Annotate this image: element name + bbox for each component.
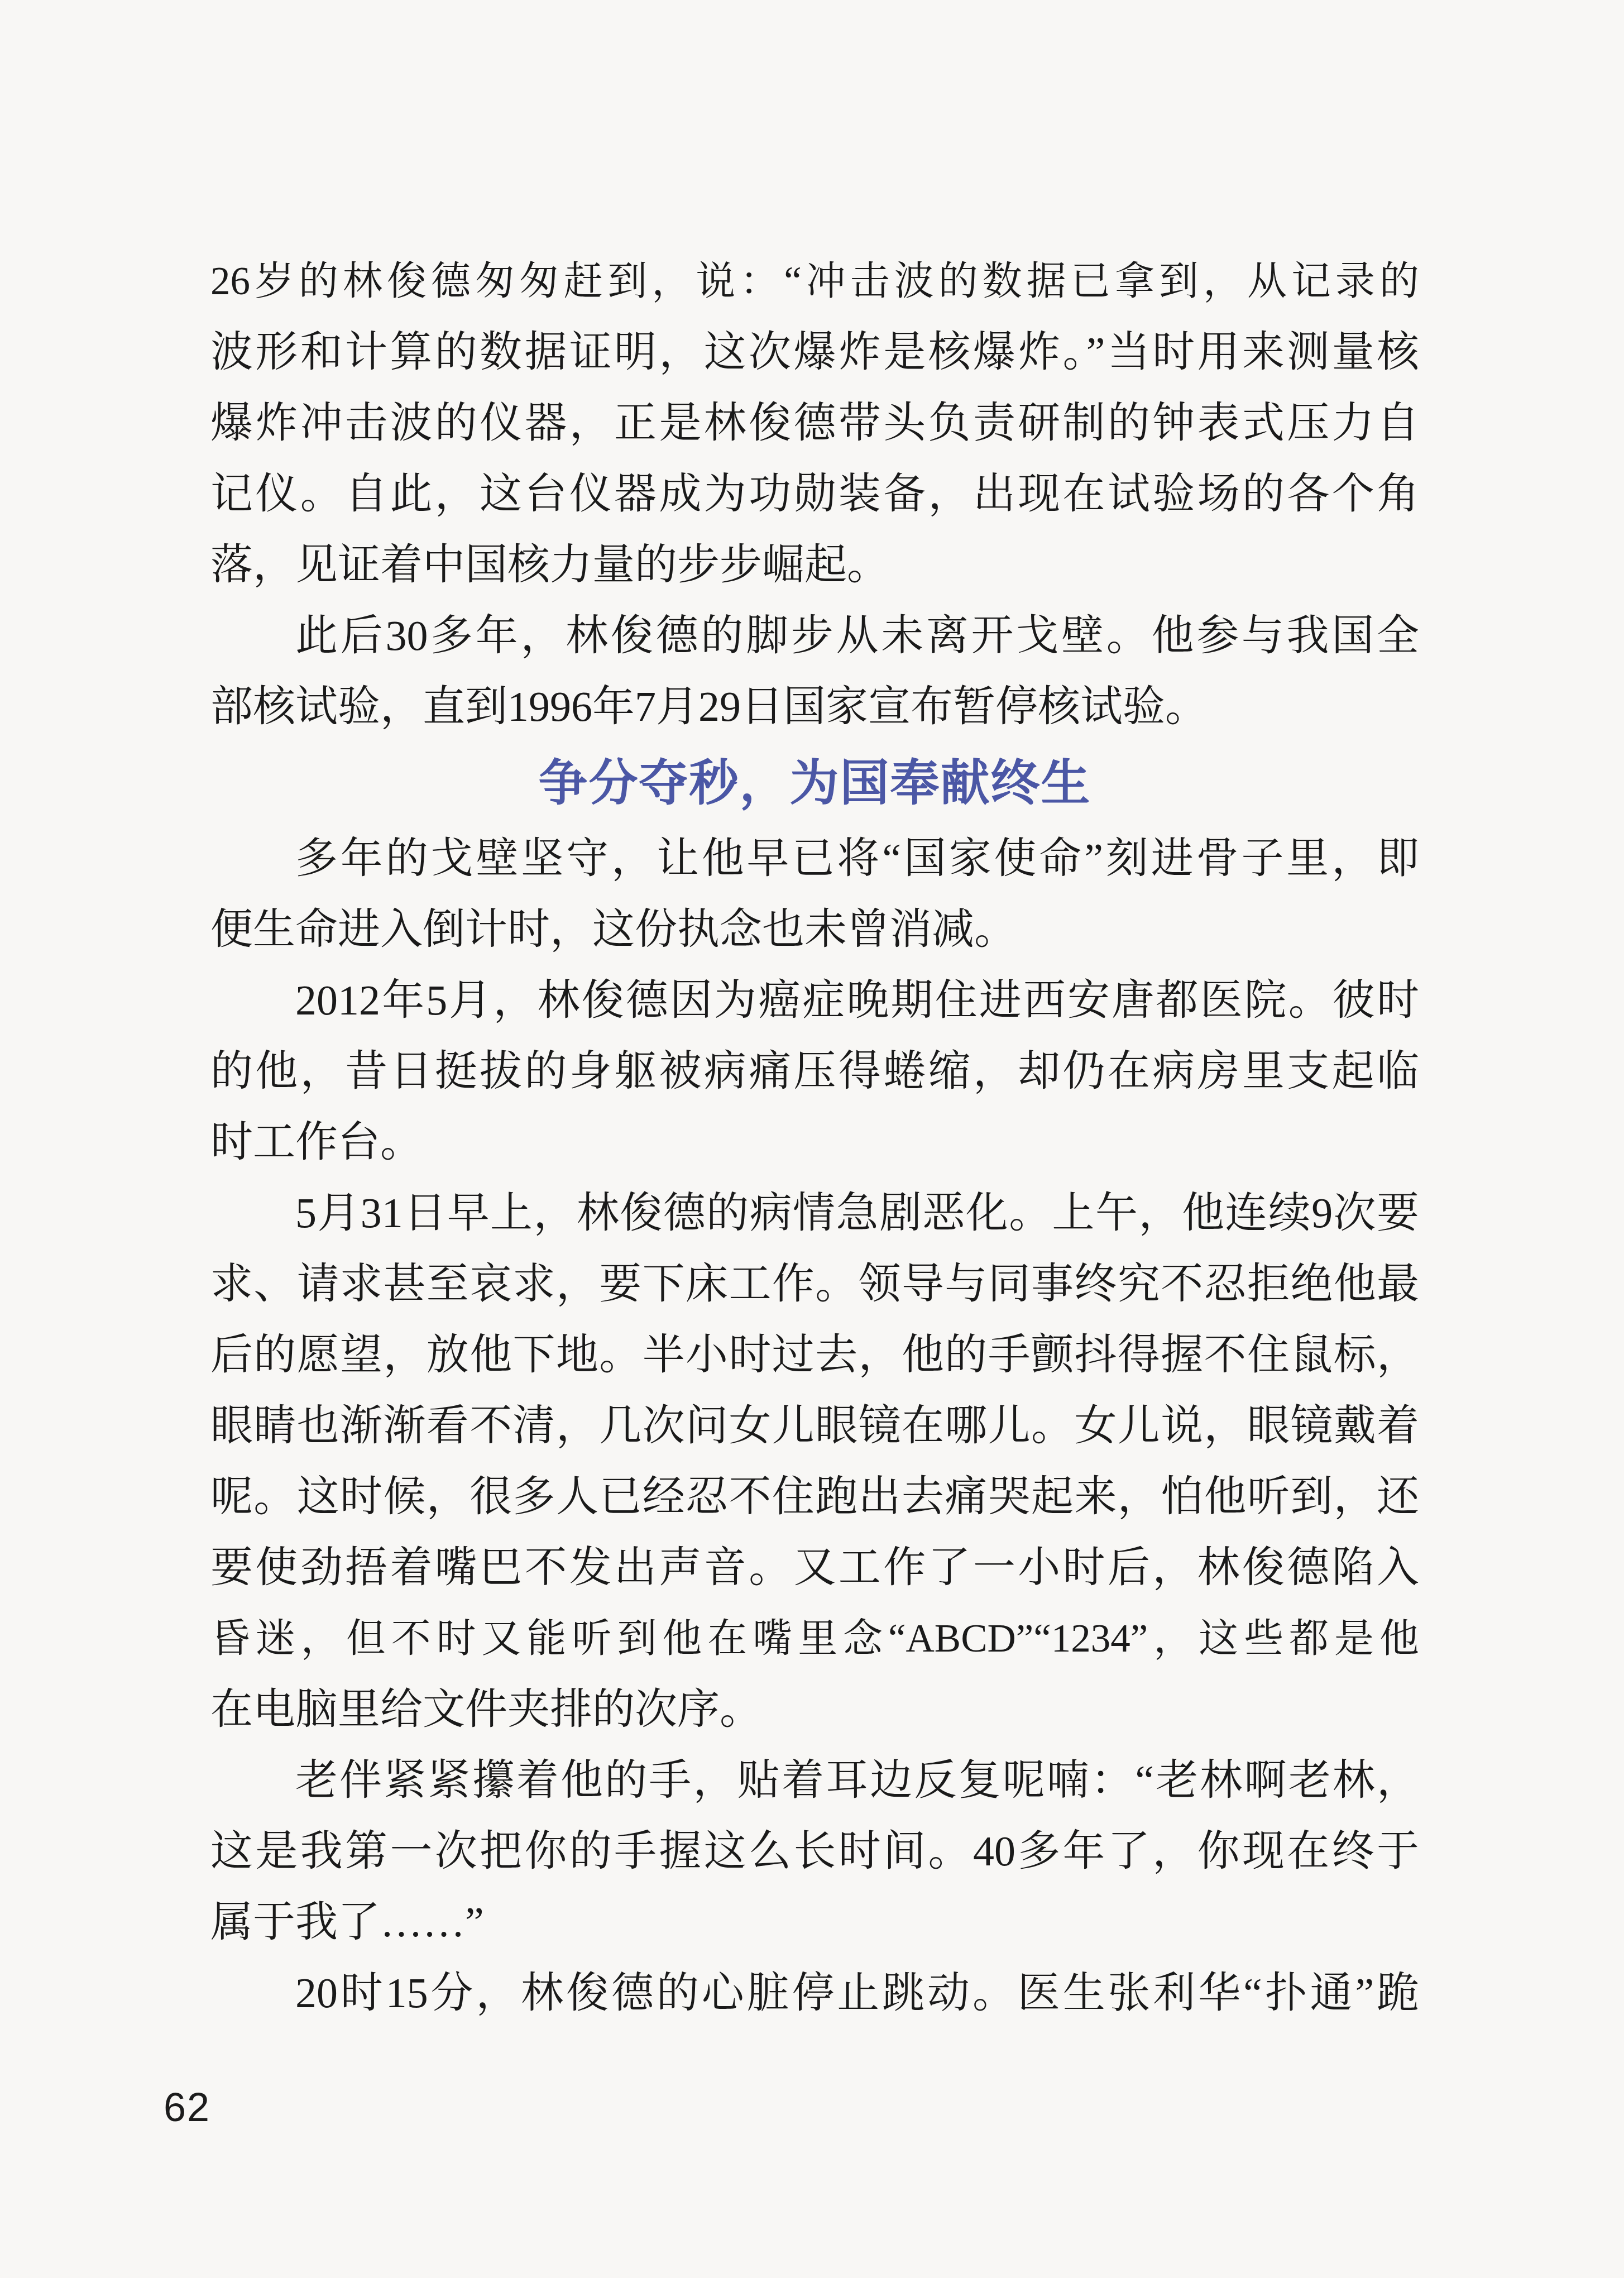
- text-line: 20时15分，林俊德的心脏停止跳动。医生张利华“扑通”跪: [210, 1958, 1419, 2029]
- page-number: 62: [164, 2088, 210, 2127]
- text-line: 多年的戈壁坚守，让他早已将“国家使命”刻进骨子里，即: [210, 824, 1419, 894]
- text-line: 属于我了……”: [210, 1887, 1419, 1958]
- text-line: 便生命进入倒计时，这份执念也未曾消减。: [210, 894, 1419, 965]
- text-line: 落，见证着中国核力量的步步崛起。: [210, 530, 1419, 601]
- paragraph: 多年的戈壁坚守，让他早已将“国家使命”刻进骨子里，即 便生命进入倒计时，这份执念…: [210, 824, 1419, 965]
- paragraph: 老伴紧紧攥着他的手，贴着耳边反复呢喃：“老林啊老林， 这是我第一次把你的手握这么…: [210, 1745, 1419, 1958]
- paragraph: 2012年5月，林俊德因为癌症晚期住进西安唐都医院。彼时 的他，昔日挺拔的身躯被…: [210, 965, 1419, 1178]
- section-heading: 争分夺秒，为国奉献终生: [210, 747, 1419, 818]
- text-line: 呢。这时候，很多人已经忍不住跑出去痛哭起来，怕他听到，还: [210, 1462, 1419, 1533]
- text-line: 26岁的林俊德匆匆赶到，说：“冲击波的数据已拿到，从记录的: [210, 246, 1419, 317]
- paragraph: 20时15分，林俊德的心脏停止跳动。医生张利华“扑通”跪: [210, 1958, 1419, 2029]
- book-page: 26岁的林俊德匆匆赶到，说：“冲击波的数据已拿到，从记录的 波形和计算的数据证明…: [0, 0, 1624, 2278]
- text-line: 部核试验，直到1996年7月29日国家宣布暂停核试验。: [210, 672, 1419, 743]
- text-line: 老伴紧紧攥着他的手，贴着耳边反复呢喃：“老林啊老林，: [210, 1745, 1419, 1816]
- text-line: 此后30多年，林俊德的脚步从未离开戈壁。他参与我国全: [210, 601, 1419, 672]
- text-line: 眼睛也渐渐看不清，几次问女儿眼镜在哪儿。女儿说，眼镜戴着: [210, 1391, 1419, 1462]
- text-line: 这是我第一次把你的手握这么长时间。40多年了，你现在终于: [210, 1816, 1419, 1887]
- text-line: 爆炸冲击波的仪器，正是林俊德带头负责研制的钟表式压力自: [210, 388, 1419, 459]
- text-line: 5月31日早上，林俊德的病情急剧恶化。上午，他连续9次要: [210, 1178, 1419, 1249]
- paragraph: 此后30多年，林俊德的脚步从未离开戈壁。他参与我国全 部核试验，直到1996年7…: [210, 601, 1419, 743]
- text-line: 的他，昔日挺拔的身躯被病痛压得蜷缩，却仍在病房里支起临: [210, 1036, 1419, 1107]
- text-line: 求、请求甚至哀求，要下床工作。领导与同事终究不忍拒绝他最: [210, 1249, 1419, 1320]
- paragraph: 26岁的林俊德匆匆赶到，说：“冲击波的数据已拿到，从记录的 波形和计算的数据证明…: [210, 246, 1419, 601]
- text-line: 要使劲捂着嘴巴不发出声音。又工作了一小时后，林俊德陷入: [210, 1533, 1419, 1604]
- text-line: 后的愿望，放他下地。半小时过去，他的手颤抖得握不住鼠标，: [210, 1320, 1419, 1391]
- text-line: 在电脑里给文件夹排的次序。: [210, 1674, 1419, 1745]
- paragraph: 5月31日早上，林俊德的病情急剧恶化。上午，他连续9次要 求、请求甚至哀求，要下…: [210, 1178, 1419, 1745]
- text-column: 26岁的林俊德匆匆赶到，说：“冲击波的数据已拿到，从记录的 波形和计算的数据证明…: [210, 246, 1419, 2029]
- text-line: 2012年5月，林俊德因为癌症晚期住进西安唐都医院。彼时: [210, 965, 1419, 1036]
- text-line: 记仪。自此，这台仪器成为功勋装备，出现在试验场的各个角: [210, 459, 1419, 530]
- text-line: 波形和计算的数据证明，这次爆炸是核爆炸。”当时用来测量核: [210, 317, 1419, 388]
- text-line: 昏迷，但不时又能听到他在嘴里念“ABCD”“1234”，这些都是他: [210, 1604, 1419, 1674]
- text-line: 时工作台。: [210, 1107, 1419, 1178]
